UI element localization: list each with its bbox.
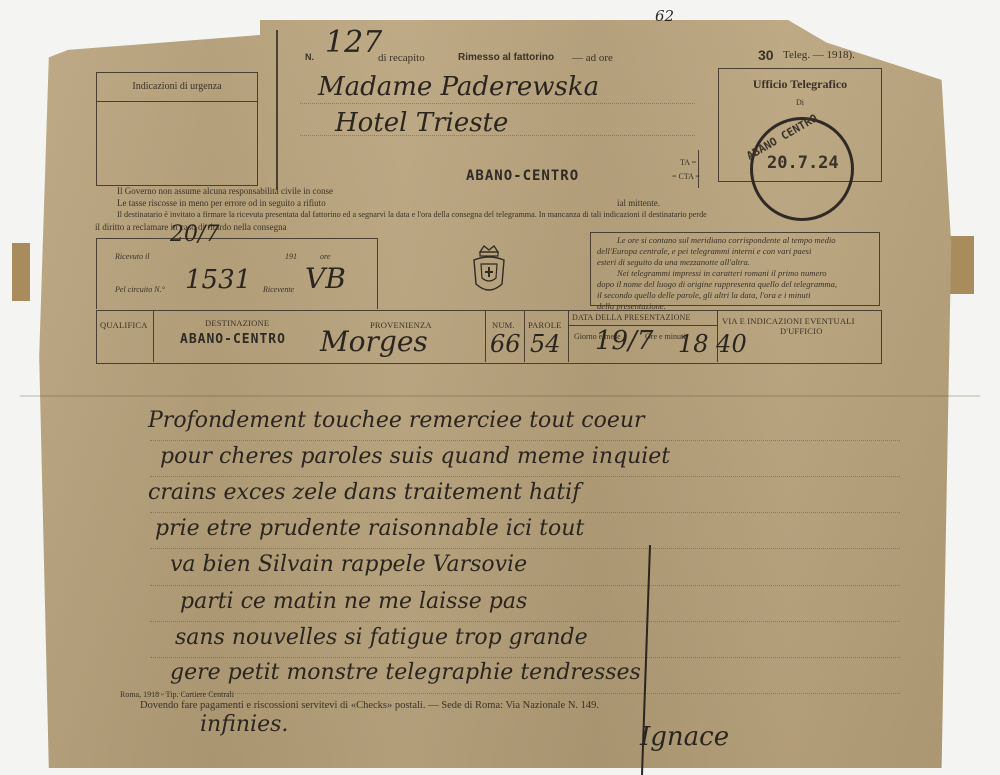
form-ref: Teleg. — 1918). (783, 49, 855, 61)
table-divider (568, 310, 569, 362)
message-line-7: sans nouvelles si fatigue trop grande (175, 625, 588, 650)
ricevuto-label: Ricevuto il (115, 252, 149, 261)
postmark-date: 20.7.24 (767, 153, 839, 173)
disclaimer-line-1: Il Governo non assume alcuna responsabil… (117, 186, 333, 196)
time-note-line: dell'Europa centrale, e pei telegrammi i… (597, 246, 873, 257)
disclaimer-line-3: Il destinatario è invitato a firmare la … (117, 210, 707, 219)
message-rule (150, 476, 900, 477)
value-giorno: 19/7 (595, 326, 653, 356)
footer-printer: Roma, 1918 - Tip. Cartiere Centrali (120, 690, 234, 699)
header-via: VIA E INDICAZIONI EVENTUALI (722, 316, 855, 326)
message-line-1: Profondement touchee remerciee tout coeu… (148, 408, 645, 433)
message-line-9: infinies. (200, 712, 288, 737)
value-parole: 54 (530, 330, 561, 358)
address-rule-1 (300, 103, 695, 104)
disclaimer-line-1-end: ial mittente. (617, 198, 660, 208)
message-rule (150, 621, 900, 622)
ricevente-label: Ricevente (263, 285, 294, 294)
disclaimer-line-2: Le tasse riscosse in meno per errore od … (117, 198, 326, 208)
header-ufficio: D'UFFICIO (780, 326, 823, 336)
value-num: 66 (490, 330, 521, 358)
time-note-box: Le ore si contano sul meridiano corrispo… (590, 232, 880, 306)
address-line-1: Madame Paderewska (318, 72, 599, 102)
urgency-label: Indicazioni di urgenza (97, 73, 257, 102)
circuito-label: Pel circuito N.° (115, 285, 165, 294)
circuito-value: 1531 (185, 265, 251, 295)
rimesso-label: Rimesso al fattorino (458, 52, 554, 63)
header-parole: PAROLE (528, 320, 561, 330)
message-rule (150, 548, 900, 549)
postmark-stamp: ABANO CENTRO 20.7.24 (750, 117, 854, 221)
form-code: 30 (758, 47, 774, 63)
time-note-line: dopo il nome del luogo di origine rappre… (597, 279, 873, 290)
message-rule (150, 440, 900, 441)
table-divider (524, 310, 525, 362)
office-title: Ufficio Telegrafico (719, 77, 881, 92)
ricevente-value: VB (305, 262, 346, 295)
royal-crest-icon (468, 244, 510, 296)
fold-crease (20, 395, 980, 397)
ore-label: ore (320, 252, 330, 261)
message-line-2: pour cheres paroles suis quand meme inqu… (160, 444, 670, 469)
year-label: 191 (285, 252, 297, 261)
telegram-number: 127 (325, 25, 382, 60)
value-ore: 18 40 (678, 330, 747, 358)
destination-stamp: ABANO-CENTRO (466, 168, 579, 184)
time-note-line: Nei telegrammi impressi in caratteri rom… (597, 268, 873, 279)
table-divider (153, 310, 154, 362)
message-line-3: crains exces zele dans traitement hatif (148, 480, 580, 505)
header-destinazione: DESTINAZIONE (205, 318, 269, 328)
message-rule (150, 657, 900, 658)
paper-tab-left (12, 243, 30, 301)
header-qualifica: QUALIFICA (100, 320, 148, 330)
message-line-8: gere petit monstre telegraphie tendresse… (170, 660, 641, 685)
table-divider (485, 310, 486, 362)
time-note-line: esteri di seguito da una mezzanotte all'… (597, 257, 873, 268)
message-line-5: va bien Silvain rappele Varsovie (170, 552, 527, 577)
side-divider (698, 150, 699, 188)
side-fragment-2: = CTA = (672, 172, 700, 181)
message-line-4: prie etre prudente raisonnable ici tout (155, 516, 584, 541)
footer-notice: Dovendo fare pagamenti e riscossioni ser… (140, 700, 599, 711)
message-rule (150, 512, 900, 513)
signature: Ignace (640, 722, 729, 752)
header-data: DATA DELLA PRESENTAZIONE (572, 313, 691, 322)
office-di: Di (719, 98, 881, 107)
side-fragment-1: TA = (680, 158, 696, 167)
value-destinazione: ABANO-CENTRO (180, 332, 286, 347)
flap-edge (276, 30, 278, 190)
header-num: NUM. (492, 320, 515, 330)
value-provenienza: Morges (320, 325, 428, 358)
ad-ore-label: — ad ore (572, 52, 613, 64)
address-line-2: Hotel Trieste (335, 108, 508, 138)
message-rule (150, 693, 900, 694)
corner-note: 62 (655, 7, 674, 25)
number-label: N. (305, 52, 314, 62)
time-note-line: Le ore si contano sul meridiano corrispo… (597, 235, 873, 246)
recapito-label: di recapito (378, 52, 425, 64)
receipt-date-handwritten: 20/7 (170, 222, 219, 247)
urgency-box: Indicazioni di urgenza (96, 72, 258, 186)
message-line-6: parti ce matin ne me laisse pas (180, 589, 527, 614)
time-note-line: il secondo quello delle parole, gli altr… (597, 290, 873, 301)
message-rule (150, 585, 900, 586)
